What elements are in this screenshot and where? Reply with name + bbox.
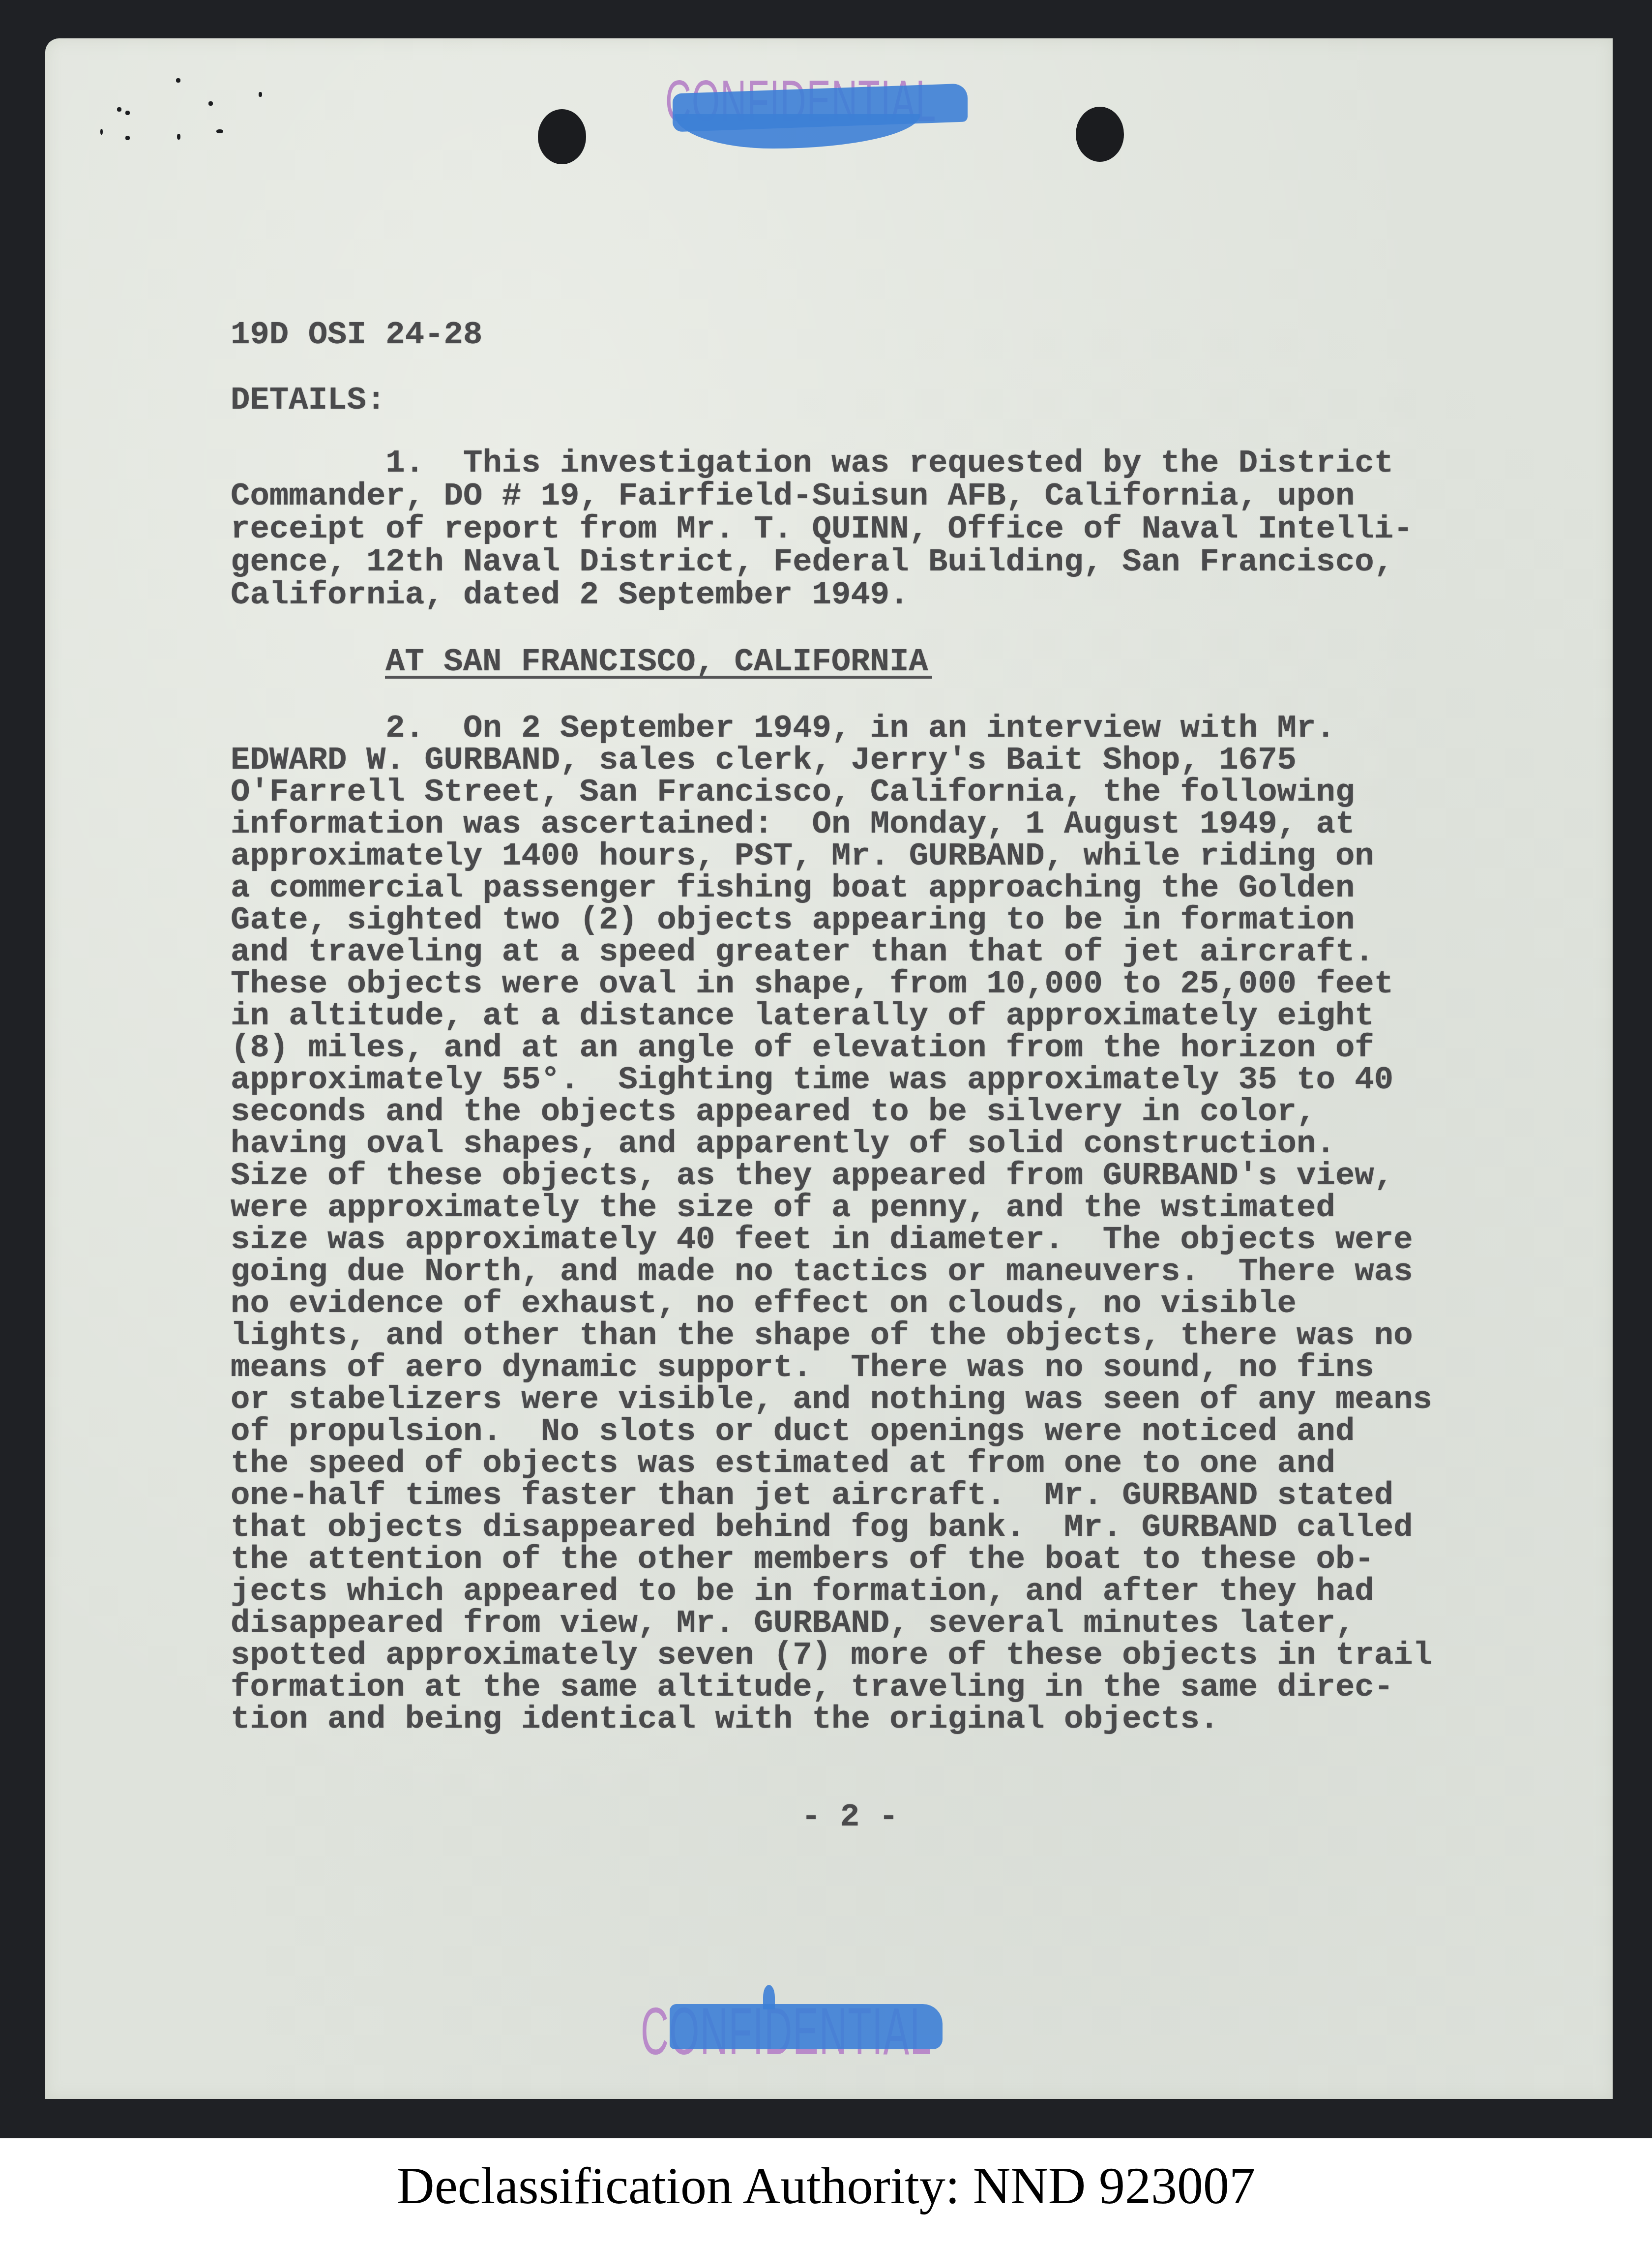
paragraph-line: California, dated 2 September 1949. — [231, 579, 909, 611]
pin-hole — [125, 136, 130, 140]
paragraph-line: size was approximately 40 feet in diamet… — [231, 1224, 1413, 1256]
paragraph-line: in altitude, at a distance laterally of … — [231, 1000, 1374, 1032]
paragraph-line: formation at the same altitude, travelin… — [231, 1671, 1393, 1704]
paragraph-line: 1. This investigation was requested by t… — [231, 447, 1393, 479]
paragraph-line: that objects disappeared behind fog bank… — [231, 1511, 1413, 1544]
paragraph-line: one-half times faster than jet aircraft.… — [231, 1479, 1393, 1512]
paragraph-line: going due North, and made no tactics or … — [231, 1256, 1413, 1288]
paragraph-line: O'Farrell Street, San Francisco, Califor… — [231, 776, 1355, 808]
paragraph-line: Gate, sighted two (2) objects appearing … — [231, 904, 1355, 936]
paragraph-line: receipt of report from Mr. T. QUINN, Off… — [231, 513, 1413, 545]
paragraph-line: means of aero dynamic support. There was… — [231, 1351, 1374, 1384]
paragraph-line: Commander, DO # 19, Fairfield-Suisun AFB… — [231, 480, 1355, 512]
paragraph-line: approximately 1400 hours, PST, Mr. GURBA… — [231, 840, 1374, 872]
paragraph-line: of propulsion. No slots or duct openings… — [231, 1415, 1355, 1448]
paragraph-line: gence, 12th Naval District, Federal Buil… — [231, 546, 1393, 578]
paragraph-line: approximately 55°. Sighting time was app… — [231, 1064, 1393, 1096]
pin-hole — [125, 111, 130, 115]
paragraph-line: the attention of the other members of th… — [231, 1543, 1374, 1576]
paragraph-line: or stabelizers were visible, and nothing… — [231, 1383, 1432, 1416]
paragraph-line: information was ascertained: On Monday, … — [231, 808, 1355, 840]
paragraph-line: disappeared from view, Mr. GURBAND, seve… — [231, 1607, 1355, 1640]
location-heading: AT SAN FRANCISCO, CALIFORNIA — [385, 646, 928, 678]
paragraph-line: EDWARD W. GURBAND, sales clerk, Jerry's … — [231, 744, 1297, 777]
paragraph-line: jects which appeared to be in formation,… — [231, 1575, 1374, 1608]
pin-hole — [176, 78, 180, 83]
binder-hole-right — [1076, 107, 1124, 162]
paragraph-line: These objects were oval in shape, from 1… — [231, 968, 1393, 1000]
paragraph-line: Size of these objects, as they appeared … — [231, 1160, 1393, 1192]
marker-redaction — [763, 1985, 775, 2009]
pin-hole — [208, 101, 213, 106]
declassification-footer: Declassification Authority: NND 923007 — [0, 2156, 1652, 2215]
paragraph-line: 2. On 2 September 1949, in an interview … — [231, 712, 1335, 745]
heading-underline — [385, 676, 932, 679]
paragraph-line: a commercial passenger fishing boat appr… — [231, 872, 1355, 904]
pin-hole — [100, 129, 103, 135]
paragraph-line: were approximately the size of a penny, … — [231, 1192, 1335, 1224]
paragraph-line: the speed of objects was estimated at fr… — [231, 1447, 1335, 1480]
pin-hole — [177, 134, 180, 140]
section-label-details: DETAILS: — [231, 384, 385, 417]
paragraph-line: no evidence of exhaust, no effect on clo… — [231, 1287, 1297, 1320]
paragraph-line: lights, and other than the shape of the … — [231, 1319, 1413, 1352]
paragraph-line: and traveling at a speed greater than th… — [231, 936, 1374, 968]
pin-hole — [259, 92, 262, 97]
file-number: 19D OSI 24-28 — [231, 319, 482, 351]
binder-hole-left — [538, 109, 586, 164]
paragraph-line: seconds and the objects appeared to be s… — [231, 1096, 1316, 1128]
pin-hole — [117, 107, 121, 112]
paragraph-line: tion and being identical with the origin… — [231, 1703, 1219, 1736]
paragraph-line: spotted approximately seven (7) more of … — [231, 1639, 1432, 1672]
paragraph-line: having oval shapes, and apparently of so… — [231, 1128, 1335, 1160]
page-number: - 2 - — [801, 1801, 898, 1833]
pin-hole — [216, 129, 223, 133]
marker-redaction — [670, 2004, 943, 2049]
paragraph-line: (8) miles, and at an angle of elevation … — [231, 1032, 1374, 1064]
